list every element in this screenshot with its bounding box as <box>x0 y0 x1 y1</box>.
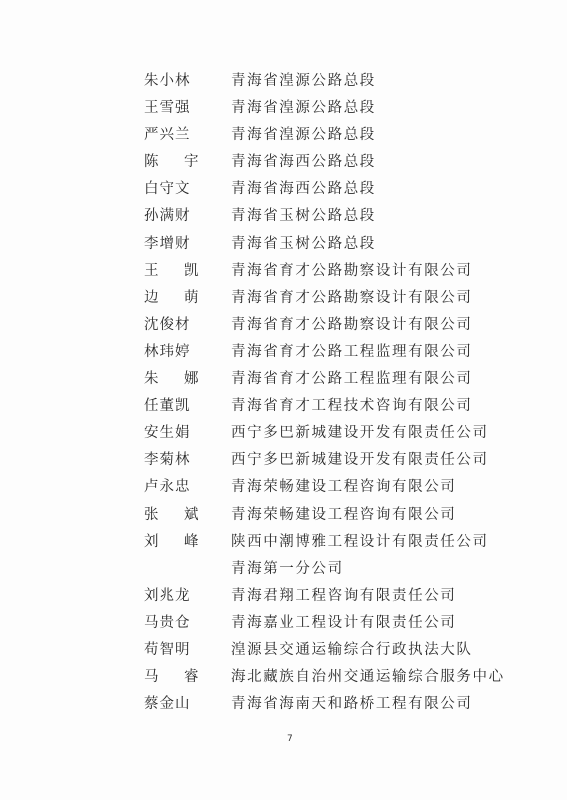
person-name: 苟智明 <box>144 637 208 664</box>
organization: 青海省育才公路工程监理有限公司 <box>231 366 473 393</box>
organization: 青海荣畅建设工程咨询有限公司 <box>231 474 456 501</box>
name-char: 陈 <box>144 154 159 170</box>
list-item: 卢永忠 青海荣畅建设工程咨询有限公司 <box>0 474 567 501</box>
list-item: 苟智明 湟源县交通运输综合行政执法大队 <box>0 637 567 664</box>
name-char: 睿 <box>184 664 199 691</box>
name-char: 边 <box>144 290 159 306</box>
list-item: 严兴兰 青海省湟源公路总段 <box>0 122 567 149</box>
list-item: 马贵仓 青海嘉业工程设计有限责任公司 <box>0 610 567 637</box>
person-name: 王凯 <box>144 258 208 285</box>
person-name: 任董凯 <box>144 393 208 420</box>
person-name: 朱娜 <box>144 366 208 393</box>
person-name: 严兴兰 <box>144 122 208 149</box>
name-char: 峰 <box>184 529 199 556</box>
organization-line-1: 陕西中潮博雅工程设计有限责任公司 <box>231 534 489 550</box>
organization: 青海省海西公路总段 <box>231 149 376 176</box>
organization: 湟源县交通运输综合行政执法大队 <box>231 637 473 664</box>
list-item: 任董凯 青海省育才工程技术咨询有限公司 <box>0 393 567 420</box>
organization: 青海省育才公路勘察设计有限公司 <box>231 312 473 339</box>
list-item: 朱娜 青海省育才公路工程监理有限公司 <box>0 366 567 393</box>
list-item: 刘兆龙 青海君翔工程咨询有限责任公司 <box>0 583 567 610</box>
name-char: 马 <box>144 669 159 685</box>
person-name: 孙满财 <box>144 203 208 230</box>
name-char: 凯 <box>184 258 199 285</box>
list-item: 蔡金山 青海省海南天和路桥工程有限公司 <box>0 691 567 718</box>
list-item: 李菊林 西宁多巴新城建设开发有限责任公司 <box>0 447 567 474</box>
person-name: 刘峰 <box>144 529 208 556</box>
list-item: 马睿 海北藏族自治州交通运输综合服务中心 <box>0 664 567 691</box>
organization: 青海君翔工程咨询有限责任公司 <box>231 583 456 610</box>
name-char: 宇 <box>184 149 199 176</box>
list-item: 刘峰 陕西中潮博雅工程设计有限责任公司青海第一分公司 <box>0 529 567 583</box>
list-item: 边萌 青海省育才公路勘察设计有限公司 <box>0 285 567 312</box>
organization: 西宁多巴新城建设开发有限责任公司 <box>231 447 489 474</box>
list-item: 林玮婷 青海省育才公路工程监理有限公司 <box>0 339 567 366</box>
organization: 海北藏族自治州交通运输综合服务中心 <box>231 664 505 691</box>
person-name: 张斌 <box>144 502 208 529</box>
person-name: 朱小林 <box>144 68 208 95</box>
list-item: 白守文 青海省海西公路总段 <box>0 176 567 203</box>
list-item: 王凯 青海省育才公路勘察设计有限公司 <box>0 258 567 285</box>
person-name: 马睿 <box>144 664 208 691</box>
organization: 青海省育才公路勘察设计有限公司 <box>231 285 473 312</box>
page-number: 7 <box>287 734 293 744</box>
person-name: 蔡金山 <box>144 691 208 718</box>
document-page: 朱小林 青海省湟源公路总段 王雪强 青海省湟源公路总段 严兴兰 青海省湟源公路总… <box>0 0 567 800</box>
name-char: 萌 <box>184 285 199 312</box>
name-char: 朱 <box>144 371 159 387</box>
organization: 青海省育才公路勘察设计有限公司 <box>231 258 473 285</box>
name-char: 斌 <box>184 502 199 529</box>
person-name: 边萌 <box>144 285 208 312</box>
organization: 青海荣畅建设工程咨询有限公司 <box>231 502 456 529</box>
organization: 青海省玉树公路总段 <box>231 231 376 258</box>
person-name: 安生娟 <box>144 420 208 447</box>
person-name: 王雪强 <box>144 95 208 122</box>
personnel-list: 朱小林 青海省湟源公路总段 王雪强 青海省湟源公路总段 严兴兰 青海省湟源公路总… <box>0 68 567 718</box>
person-name: 马贵仓 <box>144 610 208 637</box>
list-item: 孙满财 青海省玉树公路总段 <box>0 203 567 230</box>
list-item: 朱小林 青海省湟源公路总段 <box>0 68 567 95</box>
organization: 青海省湟源公路总段 <box>231 122 376 149</box>
person-name: 李增财 <box>144 231 208 258</box>
organization: 陕西中潮博雅工程设计有限责任公司青海第一分公司 <box>231 529 489 583</box>
list-item: 安生娟 西宁多巴新城建设开发有限责任公司 <box>0 420 567 447</box>
name-char: 刘 <box>144 534 159 550</box>
person-name: 沈俊材 <box>144 312 208 339</box>
list-item: 张斌 青海荣畅建设工程咨询有限公司 <box>0 502 567 529</box>
organization-line-2: 青海第一分公司 <box>231 556 489 583</box>
name-char: 王 <box>144 263 159 279</box>
organization: 青海省海南天和路桥工程有限公司 <box>231 691 473 718</box>
name-char: 张 <box>144 507 159 523</box>
organization: 青海省育才公路工程监理有限公司 <box>231 339 473 366</box>
organization: 青海省湟源公路总段 <box>231 68 376 95</box>
name-char: 娜 <box>184 366 199 393</box>
person-name: 白守文 <box>144 176 208 203</box>
organization: 青海省海西公路总段 <box>231 176 376 203</box>
person-name: 卢永忠 <box>144 474 208 501</box>
list-item: 陈宇 青海省海西公路总段 <box>0 149 567 176</box>
organization: 青海嘉业工程设计有限责任公司 <box>231 610 456 637</box>
person-name: 李菊林 <box>144 447 208 474</box>
list-item: 王雪强 青海省湟源公路总段 <box>0 95 567 122</box>
organization: 西宁多巴新城建设开发有限责任公司 <box>231 420 489 447</box>
list-item: 李增财 青海省玉树公路总段 <box>0 231 567 258</box>
organization: 青海省玉树公路总段 <box>231 203 376 230</box>
person-name: 林玮婷 <box>144 339 208 366</box>
organization: 青海省育才工程技术咨询有限公司 <box>231 393 473 420</box>
list-item: 沈俊材 青海省育才公路勘察设计有限公司 <box>0 312 567 339</box>
person-name: 刘兆龙 <box>144 583 208 610</box>
person-name: 陈宇 <box>144 149 208 176</box>
organization: 青海省湟源公路总段 <box>231 95 376 122</box>
